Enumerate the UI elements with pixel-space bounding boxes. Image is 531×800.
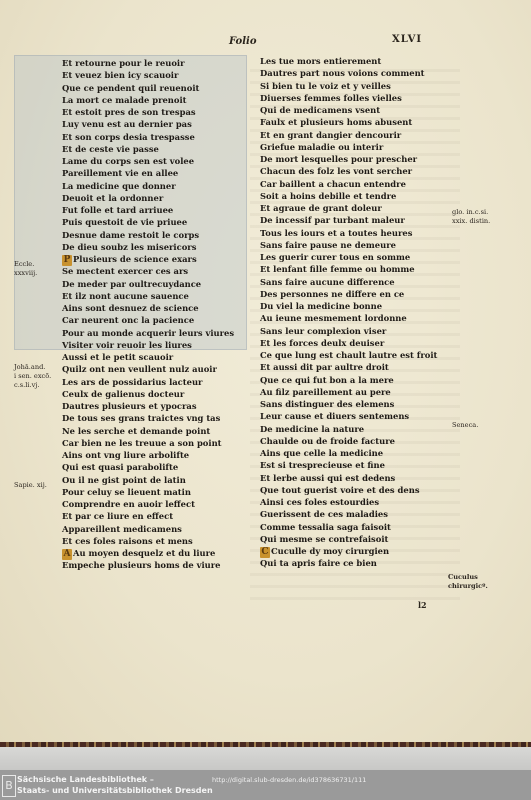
verse-line: Car neurent onc la pacience <box>62 314 234 326</box>
verse-line: Se mectent exercer ces ars <box>62 265 234 277</box>
verse-line: De dieu soubz les misericors <box>62 241 234 253</box>
verse-line: Luy venu est au dernier pas <box>62 118 234 130</box>
verse-line: Chacun des folz les vont sercher <box>260 165 437 177</box>
verse-line: Des personnes ne differe en ce <box>260 288 437 300</box>
verse-line: La mort ce malade prenoit <box>62 94 234 106</box>
verse-line: Et son corps desia trespasse <box>62 131 234 143</box>
verse-line: Comme tessalia saga faisoit <box>260 521 437 533</box>
verse-line: Et agraue de grant doleur <box>260 202 437 214</box>
verse-line: Ce que lung est chault lautre est froit <box>260 349 437 361</box>
verse-line: Et aussi dit par aultre droit <box>260 361 437 373</box>
margin-note-seneca: Seneca. <box>452 421 478 430</box>
verse-line: Ainsi ces foles estourdies <box>260 496 437 508</box>
verse-line: Ains ont vng liure arbolifte <box>62 449 234 461</box>
verse-line: PPlusieurs de science exars <box>62 253 234 265</box>
verse-line: AAu moyen desquelz et du liure <box>62 547 234 559</box>
verse-line: Car bien ne les treuue a son point <box>62 437 234 449</box>
verse-line: Appareillent medicamens <box>62 523 234 535</box>
verse-line: Que ce pendent quil reuenoit <box>62 82 234 94</box>
verse-line: Et les forces deulx deuiser <box>260 337 437 349</box>
verse-line: Puis questoit de vie priuee <box>62 216 234 228</box>
margin-note-cuculus: Cuculus chirurgicº. <box>448 573 488 591</box>
verse-line: Sans distinguer des elemens <box>260 398 437 410</box>
verse-line: Empeche plusieurs homs de viure <box>62 559 234 571</box>
verse-line: Diuerses femmes folles vielles <box>260 92 437 104</box>
verse-line: Du viel la medicine bonne <box>260 300 437 312</box>
verse-line: De tous ses grans traictes vng tas <box>62 412 234 424</box>
verse-line: Que tout guerist voire et des dens <box>260 484 437 496</box>
verse-line: CCuculle dy moy cirurgien <box>260 545 437 557</box>
verse-line: La medicine que donner <box>62 180 234 192</box>
verse-line: Sans faire pause ne demeure <box>260 239 437 251</box>
verse-line: De incessif par turbant maleur <box>260 214 437 226</box>
verse-line: Et estoit pres de son trespas <box>62 106 234 118</box>
verse-line: Et ces foles raisons et mens <box>62 535 234 547</box>
verse-line: Tous les iours et a toutes heures <box>260 227 437 239</box>
verse-line: Au ieune mesmement lordonne <box>260 312 437 324</box>
verse-line: Et lenfant fille femme ou homme <box>260 263 437 275</box>
right-text-column: Les tue mors entierementDautres part nou… <box>260 55 437 570</box>
verse-line: Les tue mors entierement <box>260 55 437 67</box>
verse-line: Qui est quasi parabolifte <box>62 461 234 473</box>
verse-line: Faulx et plusieurs homs abusent <box>260 116 437 128</box>
verse-line: Et en grant dangier dencourir <box>260 129 437 141</box>
verse-line: Que ce qui fut bon a la mere <box>260 374 437 386</box>
verse-line: Desnue dame restoit le corps <box>62 229 234 241</box>
verse-line: Chaulde ou de froide facture <box>260 435 437 447</box>
verse-line: Leur cause et diuers sentemens <box>260 410 437 422</box>
margin-note-joh-andr: Johā.and. i sen. excõ. c.s.li.vj. <box>14 363 51 390</box>
verse-line: Et par ce liure en effect <box>62 510 234 522</box>
verse-line: De mort lesquelles pour prescher <box>260 153 437 165</box>
library-name-line2: Staats- und Universitätsbibliothek Dresd… <box>17 786 213 795</box>
verse-line: Ains que celle la medicine <box>260 447 437 459</box>
verse-line: Visiter voir reuoir les liures <box>62 339 234 351</box>
verse-line: Deuoit et la ordonner <box>62 192 234 204</box>
verse-line: Guerissent de ces maladies <box>260 508 437 520</box>
verse-line: Est si tresprecieuse et fine <box>260 459 437 471</box>
verse-line: Si bien tu le voiz et y veilles <box>260 80 437 92</box>
verse-line: Et ilz nont aucune sauence <box>62 290 234 302</box>
source-url[interactable]: http://digital.slub-dresden.de/id3786367… <box>212 776 366 784</box>
verse-line: Les guerir curer tous en somme <box>260 251 437 263</box>
verse-line: De medicine la nature <box>260 423 437 435</box>
verse-line: Les ars de possidarius lacteur <box>62 376 234 388</box>
verse-line: Pour au monde acquerir leurs viures <box>62 327 234 339</box>
verse-line: Comprendre en auoir leffect <box>62 498 234 510</box>
verse-line: Ains sont desnuez de science <box>62 302 234 314</box>
left-text-column: Et retourne pour le reuoirEt veuez bien … <box>62 57 234 572</box>
verse-line: Quilz ont nen veullent nulz auoir <box>62 363 234 375</box>
verse-line: De meder par oultrecuydance <box>62 278 234 290</box>
verse-line: Sans leur complexion viser <box>260 325 437 337</box>
verse-line: Et lerbe aussi qui est dedens <box>260 472 437 484</box>
verse-line: Aussi et le petit scauoir <box>62 351 234 363</box>
verse-line: Ou il ne gist point de latin <box>62 474 234 486</box>
folio-number: XLVI <box>392 34 422 45</box>
verse-line: Griefue maladie ou interir <box>260 141 437 153</box>
library-logo-icon: B <box>2 775 16 797</box>
verse-line: Qui de medicamens vsent <box>260 104 437 116</box>
verse-line: Ne les serche et demande point <box>62 425 234 437</box>
signature-mark: l2 <box>418 600 427 610</box>
verse-line: Au filz pareillement au pere <box>260 386 437 398</box>
margin-note-eccle: Eccle. xxxviij. <box>14 260 37 278</box>
table-surface <box>0 747 531 770</box>
folio-label: Folio <box>229 36 257 47</box>
verse-line: Car baillent a chacun entendre <box>260 178 437 190</box>
margin-note-glo: glo. in.c.si. xxix. distin. <box>452 208 490 226</box>
verse-line: Fut folle et tard arriuee <box>62 204 234 216</box>
verse-line: Sans faire aucune difference <box>260 276 437 288</box>
verse-line: Pareillement vie en allee <box>62 167 234 179</box>
verse-line: Qui ta apris faire ce bien <box>260 557 437 569</box>
margin-note-sapie: Sapie. xij. <box>14 481 47 490</box>
verse-line: Soit a hoins debille et tendre <box>260 190 437 202</box>
verse-line: Et veuez bien icy scauoir <box>62 69 234 81</box>
library-name-line1: Sächsische Landesbibliothek – <box>17 775 154 784</box>
verse-line: Qui mesme se contrefaisoit <box>260 533 437 545</box>
verse-line: Dautres plusieurs et ypocras <box>62 400 234 412</box>
verse-line: Ceulx de galienus docteur <box>62 388 234 400</box>
verse-line: Et de ceste vie passe <box>62 143 234 155</box>
verse-line: Et retourne pour le reuoir <box>62 57 234 69</box>
verse-line: Pour celuy se lieuent matin <box>62 486 234 498</box>
verse-line: Lame du corps sen est volee <box>62 155 234 167</box>
verse-line: Dautres part nous voions comment <box>260 67 437 79</box>
